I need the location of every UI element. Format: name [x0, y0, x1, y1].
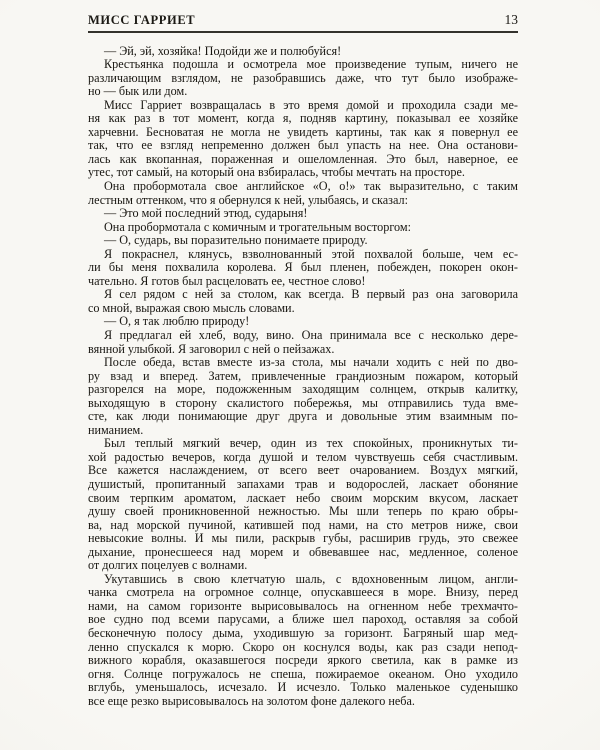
text-line: Я покраснел, клянусь, взволнованный этой… — [88, 248, 518, 262]
text-line: душистый, пропитанный запахами трав и во… — [88, 478, 518, 492]
text-line: все еще резко вырисовывалось на золотом … — [88, 695, 518, 709]
text-line: утес, тот самый, на который она взбирала… — [88, 166, 518, 180]
text-line: от долгих поцелуев с волнами. — [88, 559, 518, 573]
text-line: Она пробормотала с комичным и трогательн… — [88, 221, 518, 235]
paragraph: — Эй, эй, хозяйка! Подойди же и полюбуйс… — [88, 45, 518, 59]
text-line: ва, над морской пучиной, катившей под на… — [88, 519, 518, 533]
page-number: 13 — [505, 13, 519, 27]
text-line: — Это мой последний этюд, сударыня! — [88, 207, 518, 221]
text-line: но — бык или дом. — [88, 85, 518, 99]
text-line: чательно. Я готов был расцеловать ее, че… — [88, 275, 518, 289]
text-line: Она пробормотала свое английское «О, о!»… — [88, 180, 518, 194]
paragraph: Я предлагал ей хлеб, воду, вино. Она при… — [88, 329, 518, 356]
paragraph: — О, я так люблю природу! — [88, 315, 518, 329]
text-line: душу своей проникновенной нежностью. Мы … — [88, 505, 518, 519]
paragraph: Она пробормотала свое английское «О, о!»… — [88, 180, 518, 207]
text-line: После обеда, встав вместе из-за стола, м… — [88, 356, 518, 370]
text-line: ру взад и вперед. Затем, привлеченные гр… — [88, 370, 518, 384]
paragraph: Она пробормотала с комичным и трогательн… — [88, 221, 518, 235]
text-line: лестным оттенком, что я обернулся к ней,… — [88, 194, 518, 208]
text-line: различающим взглядом, не разобравшись да… — [88, 72, 518, 86]
paragraph: Укутавшись в свою клетчатую шаль, с вдох… — [88, 573, 518, 708]
text-line: вянной улыбкой. Я заговорил с ней о пейз… — [88, 343, 518, 357]
text-line: дыхание, пронесшееся над морем и обвевав… — [88, 546, 518, 560]
paragraph: — О, сударь, вы поразительно понимаете п… — [88, 234, 518, 248]
text-line: Мисс Гарриет возвращалась в это время до… — [88, 99, 518, 113]
text-line: лась как вкопанная, пораженная и ошеломл… — [88, 153, 518, 167]
paragraph: Был теплый мягкий вечер, один из тех спо… — [88, 437, 518, 572]
text-line: — О, я так люблю природу! — [88, 315, 518, 329]
paragraph: Мисс Гарриет возвращалась в это время до… — [88, 99, 518, 180]
page-body: — Эй, эй, хозяйка! Подойди же и полюбуйс… — [88, 45, 518, 709]
text-line: своим терпким ароматом, ласкает небо сво… — [88, 492, 518, 506]
text-line: вижного корабля, оказавшегося посреди яр… — [88, 654, 518, 668]
text-line: Я сел рядом с ней за столом, как всегда.… — [88, 288, 518, 302]
paragraph: Я сел рядом с ней за столом, как всегда.… — [88, 288, 518, 315]
text-line: чанка смотрела на огромное солнце, опуск… — [88, 586, 518, 600]
text-line: Укутавшись в свою клетчатую шаль, с вдох… — [88, 573, 518, 587]
text-line: выходящую в сторону скалистого побережья… — [88, 397, 518, 411]
text-line: невысокие волны. И мы пили, раскрыв губы… — [88, 532, 518, 546]
paragraph: После обеда, встав вместе из-за стола, м… — [88, 356, 518, 437]
text-line: Все кажется наслаждением, от всего веет … — [88, 464, 518, 478]
running-title: МИСС ГАРРИЕТ — [88, 14, 195, 27]
paragraph: Я покраснел, клянусь, взволнованный этой… — [88, 248, 518, 289]
text-line: Был теплый мягкий вечер, один из тех спо… — [88, 437, 518, 451]
text-line: со мной, выражая свою мысль словами. — [88, 302, 518, 316]
text-line: вое судно под всеми парусами, а ближе ше… — [88, 613, 518, 627]
text-line: разгорелся на море, подожженным заходящи… — [88, 383, 518, 397]
paragraph: — Это мой последний этюд, сударыня! — [88, 207, 518, 221]
page-content: МИСС ГАРРИЕТ 13 — Эй, эй, хозяйка! Подой… — [88, 13, 518, 708]
text-line: бесконечную полосу дыма, уходившую за го… — [88, 627, 518, 641]
text-line: ня как раз в тот момент, когда я, подняв… — [88, 112, 518, 126]
text-line: ниманием. — [88, 424, 518, 438]
text-line: сте, как люди понимающие друг друга и до… — [88, 410, 518, 424]
scanned-book-page: МИСС ГАРРИЕТ 13 — Эй, эй, хозяйка! Подой… — [0, 0, 600, 750]
text-line: ленно спускался к морю. Скоро он коснулс… — [88, 641, 518, 655]
paragraph: Крестьянка подошла и осмотрела мое произ… — [88, 58, 518, 99]
page-header: МИСС ГАРРИЕТ 13 — [88, 13, 518, 33]
text-line: огня. Солнце погружалось не спеша, пожир… — [88, 668, 518, 682]
text-line: нами, на самом горизонте вырисовывалось … — [88, 600, 518, 614]
text-line: харчевни. Бесноватая не могла не увидеть… — [88, 126, 518, 140]
text-line: — Эй, эй, хозяйка! Подойди же и полюбуйс… — [88, 45, 518, 59]
text-line: Я предлагал ей хлеб, воду, вино. Она при… — [88, 329, 518, 343]
text-line: — О, сударь, вы поразительно понимаете п… — [88, 234, 518, 248]
text-line: вглубь, уменьшалось, исчезало. И исчезло… — [88, 681, 518, 695]
text-line: ли бы меня похвалила королева. Я был пле… — [88, 261, 518, 275]
text-line: хой радостью вечеров, когда душой и тело… — [88, 451, 518, 465]
text-line: Крестьянка подошла и осмотрела мое произ… — [88, 58, 518, 72]
text-line: так, что ее взгляд непременно должен был… — [88, 139, 518, 153]
